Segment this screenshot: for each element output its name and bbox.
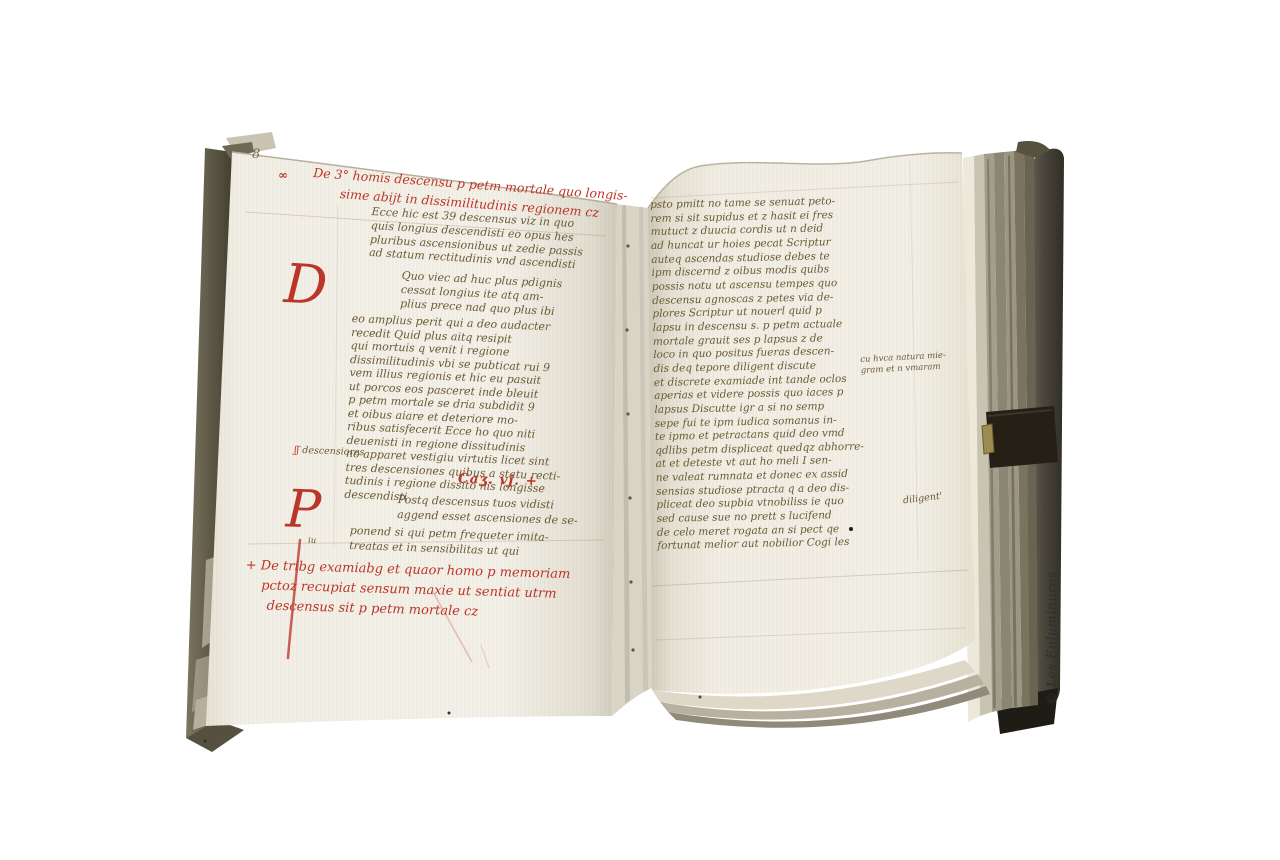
right-page-body: psto pmitt no tame se senuat peto-rem si… xyxy=(650,195,866,554)
stitching-dot xyxy=(631,648,634,651)
book-photo xyxy=(0,0,1280,860)
footer-rubric: + De tribg examiabg et quaor homo p memo… xyxy=(244,556,570,625)
interlinear-note: iu xyxy=(308,537,316,546)
clasp-brass-fitting xyxy=(982,424,994,454)
right-margin-note: cu hvca natura mie-gram et n vmaram xyxy=(860,351,947,377)
gutter-fold xyxy=(612,204,652,716)
stitching-dot xyxy=(625,328,628,331)
left-margin-note: ʃʃ descensiores xyxy=(294,446,365,458)
clasp xyxy=(982,406,1058,468)
folio-number: 8 xyxy=(252,148,260,161)
stitching-dot xyxy=(626,244,629,247)
margin-note-text: descensiores xyxy=(302,445,365,458)
illuminated-initial-d: D xyxy=(283,257,329,313)
margin-note-paraph: ʃʃ xyxy=(294,445,300,456)
stitching-dot xyxy=(629,580,632,583)
photo-canvas: 8 ∞ De 3° homis descensu p petm mortale … xyxy=(0,0,1280,860)
illuminated-initial-p: P xyxy=(285,483,322,536)
copyright-credit: © Les Enluminures xyxy=(1046,585,1064,705)
paraph-mark: ∞ xyxy=(278,169,289,181)
stitching-dot xyxy=(626,412,629,415)
stitching-dot xyxy=(628,496,631,499)
chapter-mark: Caʒ. vj. + xyxy=(458,473,538,489)
left-paragraph-2-indented: Quo viec ad huc plus pdigniscessat longi… xyxy=(400,269,563,319)
